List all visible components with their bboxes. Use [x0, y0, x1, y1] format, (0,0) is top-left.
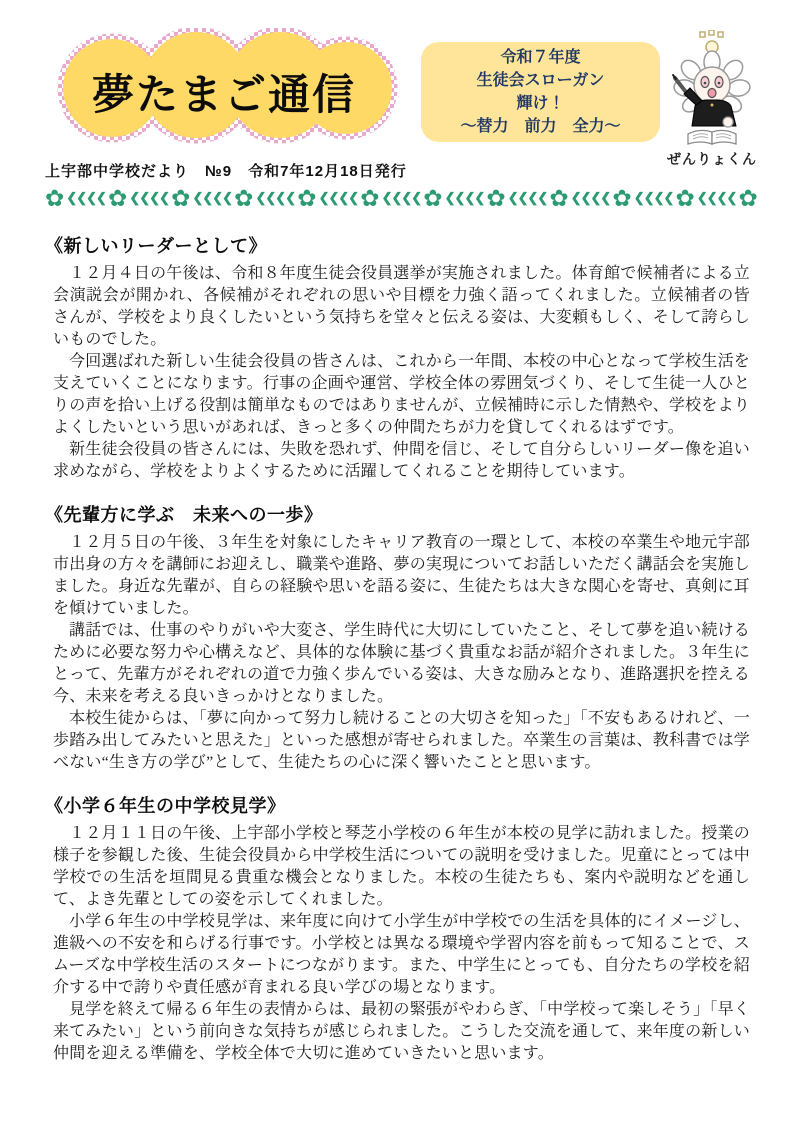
section-paragraph: 講話では、仕事のやりがいや大変さ、学生時代に大切にしていたこと、そして夢を追い続…	[53, 620, 750, 708]
slogan-line-year: 令和７年度	[500, 47, 580, 69]
newsletter-page: 夢たまご通信 令和７年度 生徒会スローガン 輝け！ ～替力 前力 全力～	[0, 0, 800, 1130]
section-heading: 《小学６年生の中学校見学》	[45, 792, 750, 818]
section-paragraph: 小学６年生の中学校見学は、来年度に向けて小学生が中学校での生活を具体的にイメージ…	[53, 911, 750, 999]
mascot-caption: ぜんりょくん	[658, 149, 766, 169]
section-heading: 《新しいリーダーとして》	[45, 232, 750, 258]
header: 夢たまご通信 令和７年度 生徒会スローガン 輝け！ ～替力 前力 全力～	[0, 0, 800, 218]
newsletter-body: 《新しいリーダーとして》 １２月４日の午後は、令和８年度生徒会役員選挙が実施され…	[0, 218, 800, 1065]
issue-line: 上宇部中学校だより №9 令和7年12月18日発行	[45, 160, 407, 181]
section-paragraph: 見学を終えて帰る６年生の表情からは、最初の緊張がやわらぎ、「中学校って楽しそう」…	[53, 999, 750, 1065]
slogan-line-shine: 輝け！	[516, 93, 564, 115]
newsletter-title: 夢たまご通信	[50, 28, 398, 150]
section-paragraph: １２月１１日の午後、上宇部小学校と琴芝小学校の６年生が本校の見学に訪れました。授…	[53, 823, 750, 911]
mascot-zenryokun-illustration	[662, 30, 762, 148]
title-banner: 夢たまご通信	[50, 28, 398, 150]
section-paragraph: 本校生徒からは、「夢に向かって努力し続けることの大切さを知った」「不安もあるけれ…	[53, 708, 750, 774]
section-new-leaders: 《新しいリーダーとして》 １２月４日の午後は、令和８年度生徒会役員選挙が実施され…	[53, 232, 750, 483]
slogan-box: 令和７年度 生徒会スローガン 輝け！ ～替力 前力 全力～	[421, 42, 660, 142]
section-paragraph: １２月５日の午後、３年生を対象にしたキャリア教育の一環として、本校の卒業生や地元…	[53, 532, 750, 620]
section-paragraph: 新生徒会役員の皆さんには、失敗を恐れず、仲間を信じ、そして自分らしいリーダー像を…	[53, 439, 750, 483]
flower-divider: ✿❮❮❮❮✿❮❮❮❮✿❮❮❮❮✿❮❮❮❮✿❮❮❮❮✿❮❮❮❮✿❮❮❮❮✿❮❮❮❮…	[45, 184, 758, 212]
section-paragraph: １２月４日の午後は、令和８年度生徒会役員選挙が実施されました。体育館で候補者によ…	[53, 263, 750, 351]
mascot: ぜんりょくん	[658, 30, 766, 169]
section-school-visit: 《小学６年生の中学校見学》 １２月１１日の午後、上宇部小学校と琴芝小学校の６年生…	[53, 792, 750, 1065]
section-paragraph: 今回選ばれた新しい生徒会役員の皆さんは、これから一年間、本校の中心となって学校生…	[53, 351, 750, 439]
section-career-talk: 《先輩方に学ぶ 未来への一歩》 １２月５日の午後、３年生を対象にしたキャリア教育…	[53, 501, 750, 774]
slogan-line-label: 生徒会スローガン	[477, 70, 605, 92]
section-heading: 《先輩方に学ぶ 未来への一歩》	[45, 501, 750, 527]
slogan-line-motto: ～替力 前力 全力～	[460, 116, 620, 138]
